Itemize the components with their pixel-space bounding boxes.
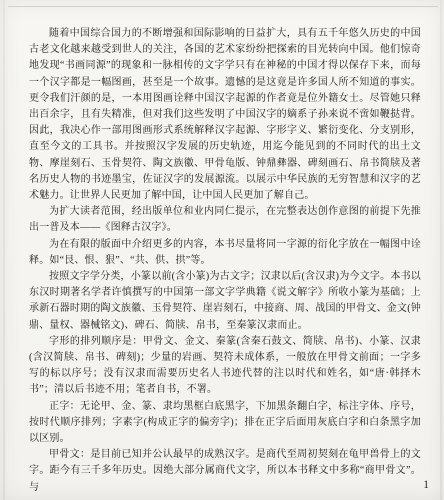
paragraph-classification: 按照文字学分类，小篆以前(含小篆)为古文字；汉隶以后(含汉隶)为今文字。本书以东… [29, 269, 421, 334]
paragraph-intro: 随着中国综合国力的不断增强和国际影响的日益扩大，具有五千年悠久历史的中国古老文化… [29, 26, 421, 204]
scan-edge-top [8, 6, 438, 7]
page-number: 1 [423, 479, 429, 491]
paragraph-popular-edition: 为扩大读者范围，经出版单位和业内同仁提示，在完整表达创作意图的前提下先推出一普及… [29, 204, 421, 236]
document-page: 随着中国综合国力的不断增强和国际影响的日益扩大，具有五千年悠久历史的中国古老文化… [0, 0, 444, 500]
paragraph-standard-characters: 正字：无论甲、金、篆、隶均黑框白底黑字，下加黑条翻白字，标注字体、序号，按时代顺… [29, 399, 421, 448]
page-body-text: 随着中国综合国力的不断增强和国际影响的日益扩大，具有五千年悠久历史的中国古老文化… [29, 26, 421, 496]
paragraph-oracle-bone: 甲骨文：是目前已知并公认最早的成熟汉字。是商代至周初契刻在龟甲兽骨上的文字。距今… [29, 447, 421, 496]
scan-edge-left [3, 0, 5, 500]
scan-edge-right [440, 0, 442, 500]
paragraph-layout-note: 为在有限的版面中介绍更多的内容，本书尽量将同一字源的衍化字放在一幅图中诠释。如“… [29, 237, 421, 269]
paragraph-glyph-order: 字形的排列顺序是：甲骨文、金文、秦篆(含秦石鼓文、简牍、帛书)、小篆、汉隶(含汉… [29, 334, 421, 399]
